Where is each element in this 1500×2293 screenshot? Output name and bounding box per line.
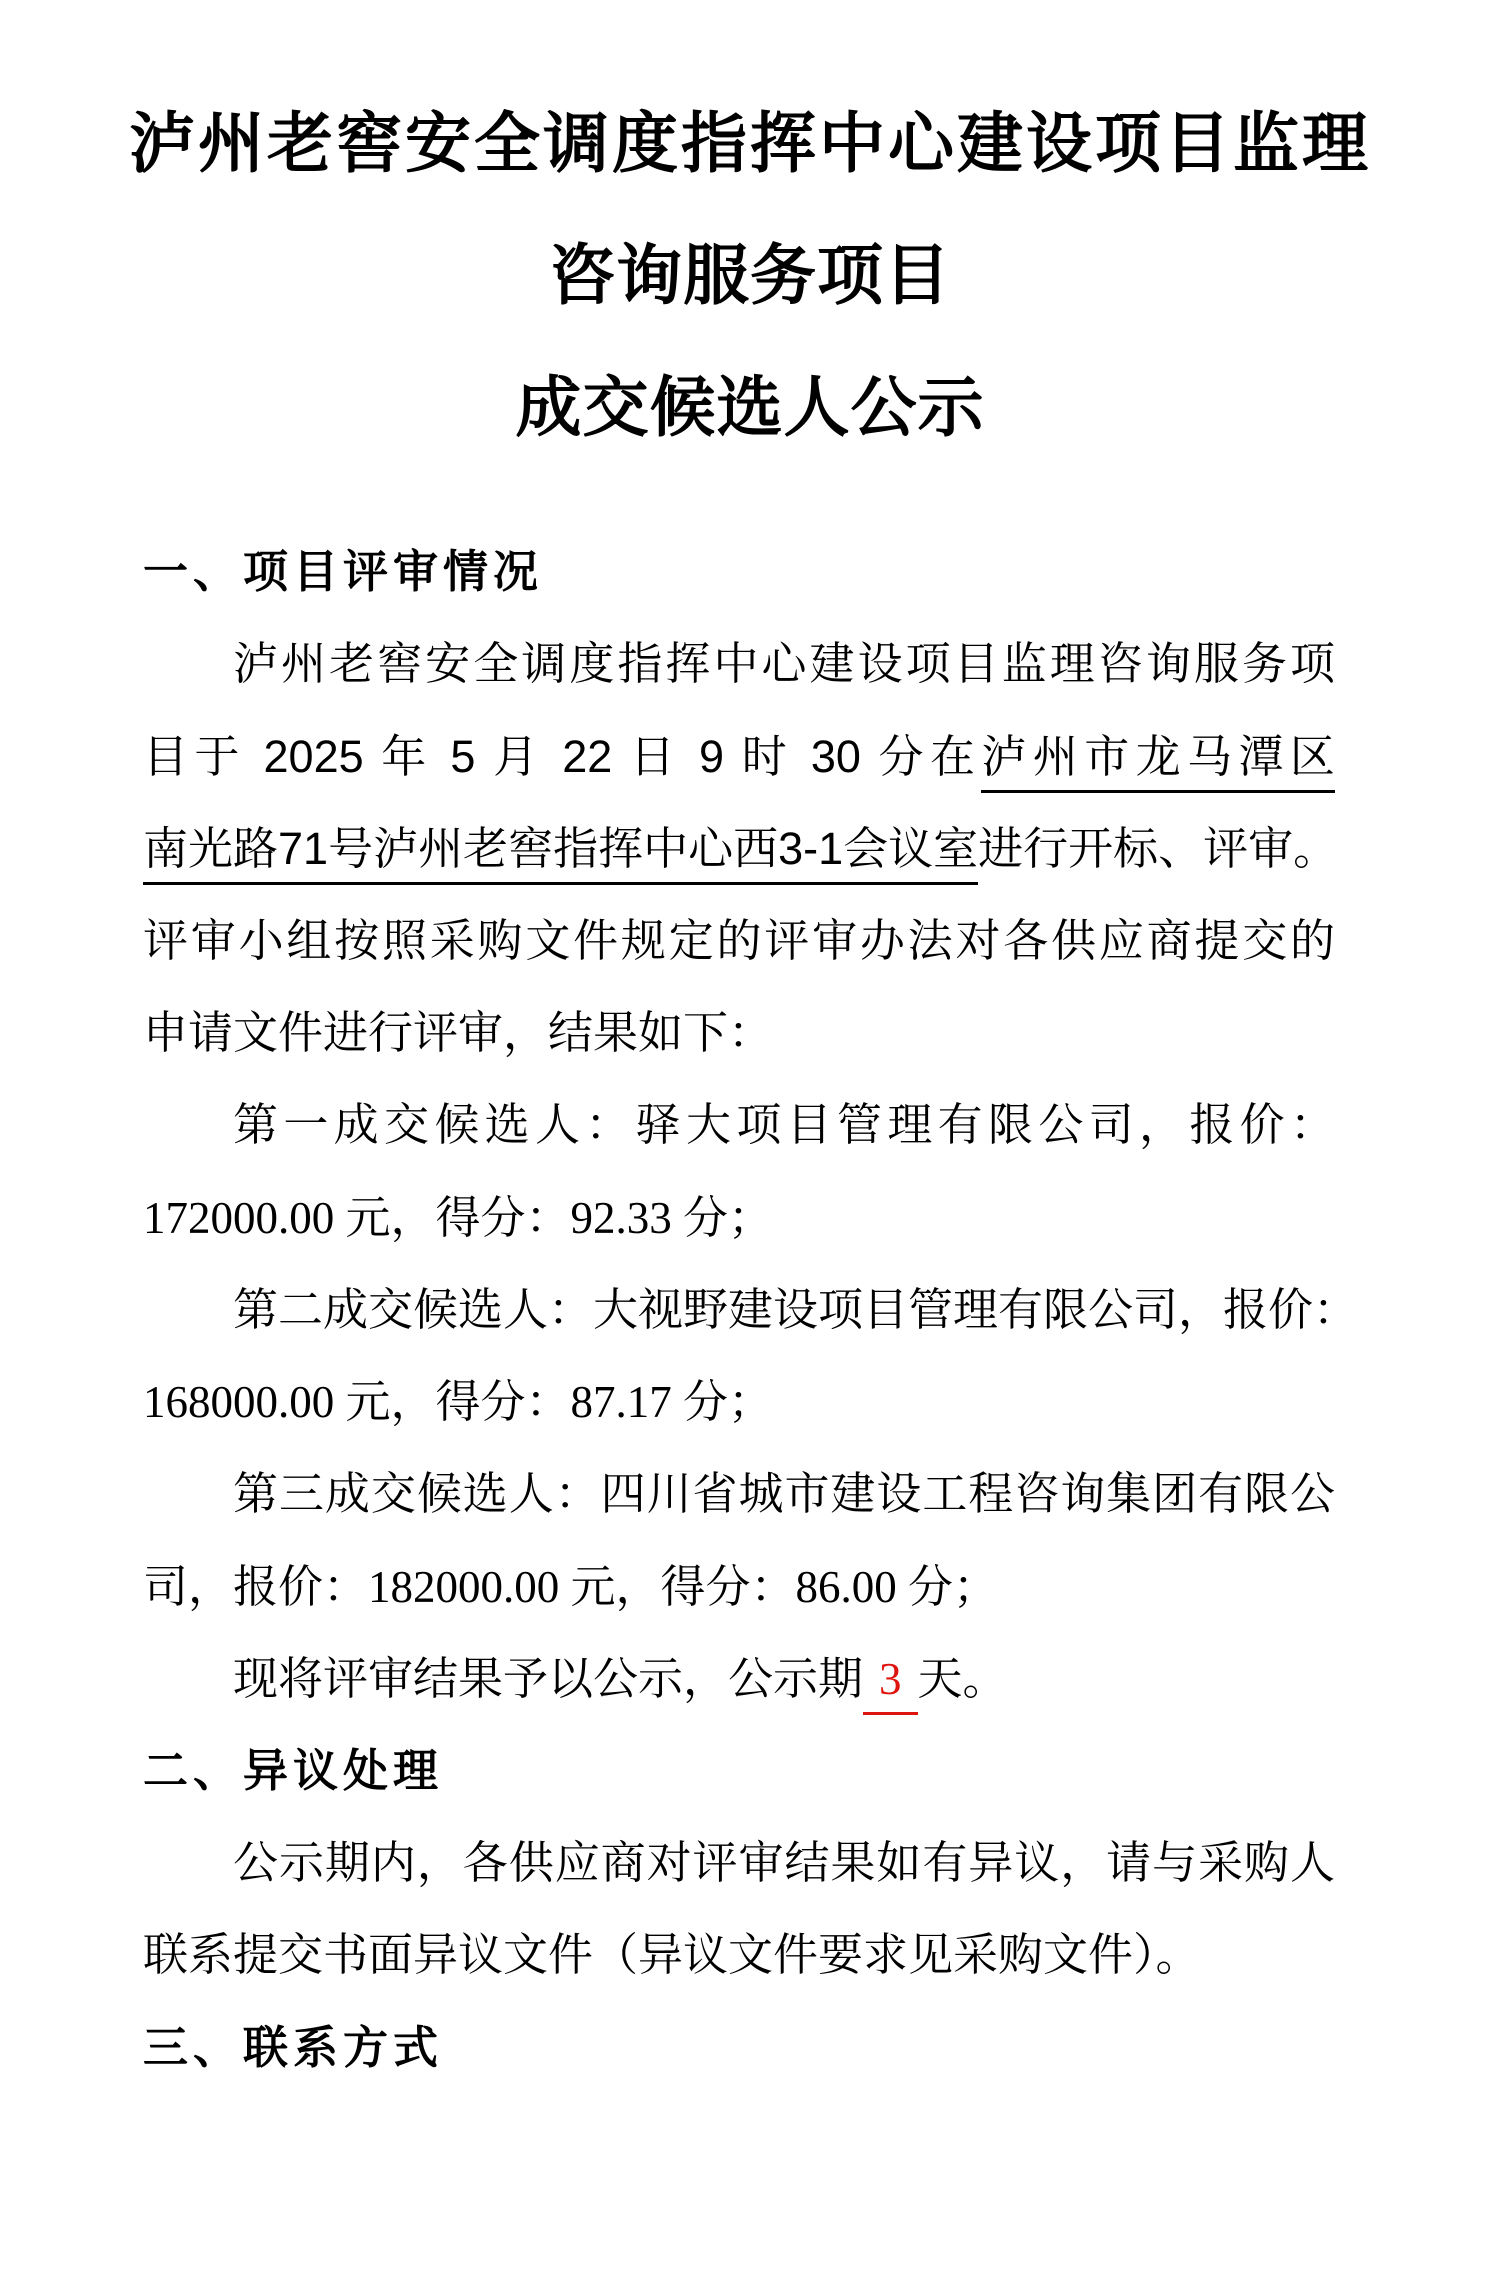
- para-1-line-4: 评审小组按照采购文件规定的评审办法对各供应商提交的: [143, 910, 1335, 972]
- text-segment: 第二成交候选人：大视野建设项目管理有限公司，报价：: [233, 1285, 1358, 1335]
- para-2-line-1: 公示期内，各供应商对评审结果如有异议，请与采购人: [143, 1832, 1335, 1894]
- text-segment: 第一成交候选人：驿大项目管理有限公司，报价：: [233, 1100, 1335, 1150]
- text-segment: 泸州市龙马潭区: [981, 732, 1335, 793]
- text-segment: 年: [364, 732, 451, 782]
- candidate-1-line-2: 172000.00 元，得分：92.33 分；: [143, 1187, 1335, 1249]
- document-title-line2: 咨询服务项目: [0, 238, 1500, 316]
- text-segment: 2025: [264, 731, 364, 782]
- text-segment: 泸州老窖安全调度指挥中心建设项目监理咨询服务项: [233, 639, 1335, 689]
- text-segment: 168000.00 元，得分：87.17 分；: [143, 1377, 773, 1427]
- publicity-period-line: 现将评审结果予以公示，公示期3天。: [143, 1648, 1335, 1710]
- text-segment: 三、联系方式: [143, 2023, 443, 2073]
- text-segment: 时: [724, 732, 811, 782]
- section-2-heading: 二、异议处理: [143, 1740, 1335, 1802]
- para-1-line-1: 泸州老窖安全调度指挥中心建设项目监理咨询服务项: [143, 633, 1335, 695]
- para-1-line-3: 南光路71号泸州老窖指挥中心西3-1会议室进行开标、评审。: [143, 818, 1335, 880]
- text-segment: 3-1: [778, 823, 843, 885]
- text-segment: 会议室: [843, 824, 978, 885]
- text-segment: 分在: [861, 732, 982, 782]
- text-segment: 进行开标、评审。: [978, 824, 1338, 874]
- candidate-1-line-1: 第一成交候选人：驿大项目管理有限公司，报价：: [143, 1094, 1335, 1156]
- text-segment: 司，报价：182000.00 元，得分：86.00 分；: [143, 1562, 998, 1612]
- text-segment: 月: [475, 732, 562, 782]
- text-segment: 一、项目评审情况: [143, 547, 543, 597]
- text-segment: 天。: [918, 1654, 1008, 1704]
- text-segment: 3: [863, 1654, 918, 1715]
- text-segment: 联系提交书面异议文件（异议文件要求见采购文件）。: [143, 1930, 1201, 1980]
- section-1-heading: 一、项目评审情况: [143, 541, 1335, 603]
- document-page: 泸州老窖安全调度指挥中心建设项目监理 咨询服务项目 成交候选人公示 一、项目评审…: [0, 0, 1500, 2293]
- text-segment: 172000.00 元，得分：92.33 分；: [143, 1193, 773, 1243]
- text-segment: 第三成交候选人：四川省城市建设工程咨询集团有限公: [233, 1469, 1335, 1519]
- section-3-heading: 三、联系方式: [143, 2017, 1335, 2079]
- text-segment: 公示期内，各供应商对评审结果如有异议，请与采购人: [233, 1838, 1335, 1888]
- para-1-line-5: 申请文件进行评审，结果如下：: [143, 1002, 1335, 1064]
- text-segment: 南光路: [143, 824, 278, 885]
- candidate-3-line-2: 司，报价：182000.00 元，得分：86.00 分；: [143, 1556, 1335, 1618]
- text-segment: 9: [699, 731, 724, 782]
- candidate-2-line-1: 第二成交候选人：大视野建设项目管理有限公司，报价：: [143, 1279, 1335, 1341]
- text-segment: 71: [278, 823, 328, 885]
- candidate-3-line-1: 第三成交候选人：四川省城市建设工程咨询集团有限公: [143, 1463, 1335, 1525]
- text-segment: 二、异议处理: [143, 1746, 443, 1796]
- candidate-2-line-2: 168000.00 元，得分：87.17 分；: [143, 1371, 1335, 1433]
- document-subtitle: 成交候选人公示: [0, 370, 1500, 448]
- text-segment: 号泸州老窖指挥中心西: [328, 824, 778, 885]
- text-segment: 评审小组按照采购文件规定的评审办法对各供应商提交的: [143, 916, 1335, 966]
- text-segment: 22: [562, 731, 612, 782]
- text-segment: 申请文件进行评审，结果如下：: [143, 1008, 773, 1058]
- para-1-line-2: 目于 2025 年 5 月 22 日 9 时 30 分在泸州市龙马潭区: [143, 726, 1335, 788]
- text-segment: 日: [612, 732, 699, 782]
- text-segment: 30: [811, 731, 861, 782]
- document-title-line1: 泸州老窖安全调度指挥中心建设项目监理: [0, 106, 1500, 184]
- text-segment: 5: [450, 731, 475, 782]
- text-segment: 现将评审结果予以公示，公示期: [233, 1654, 863, 1704]
- text-segment: 目于: [143, 732, 264, 782]
- para-2-line-2: 联系提交书面异议文件（异议文件要求见采购文件）。: [143, 1924, 1335, 1986]
